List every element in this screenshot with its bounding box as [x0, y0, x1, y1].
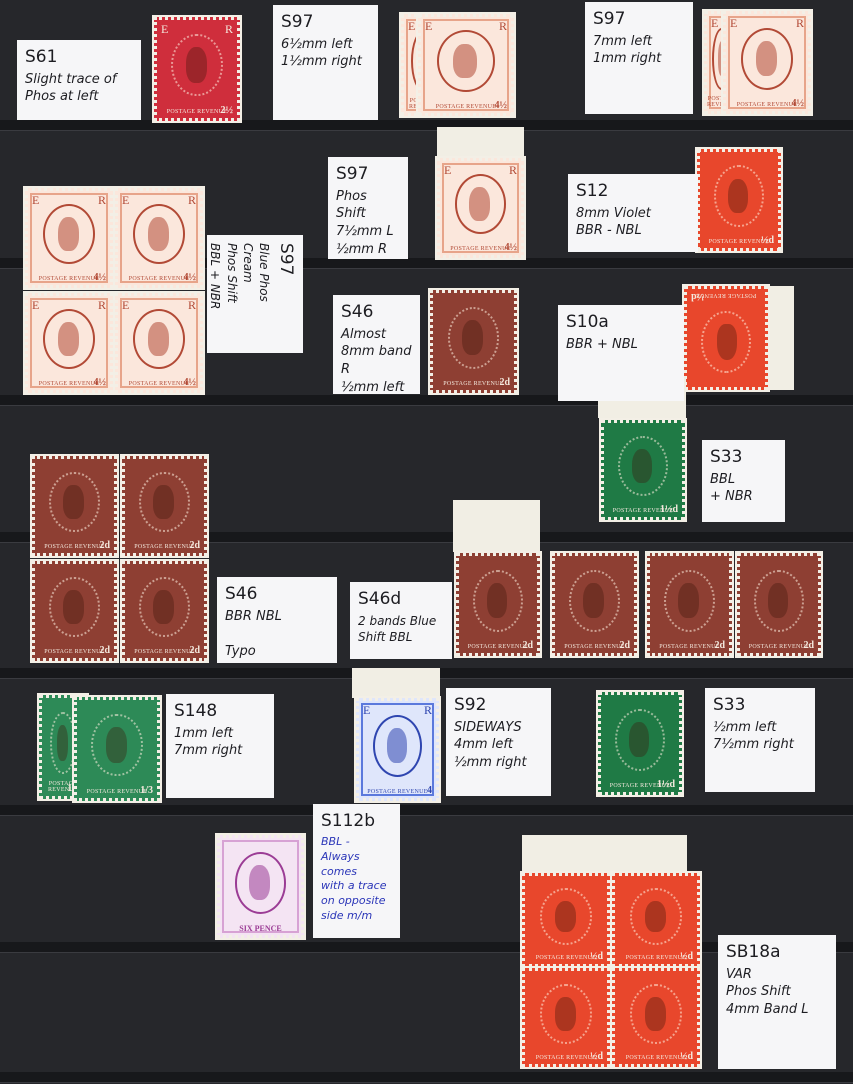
queen-portrait: [153, 485, 174, 519]
note-line: 7½mm L: [336, 223, 400, 241]
stamp: POSTAGE REVENUE2d: [122, 561, 207, 661]
queen-portrait: [555, 997, 576, 1030]
handwritten-note-s33: S33BBL+ NBR: [702, 440, 785, 522]
handwritten-note-sb18a: SB18aVARPhos Shift4mm Band L: [718, 935, 836, 1069]
handwritten-note-s97: S976½mm left1½mm right: [273, 5, 378, 120]
note-line: VAR: [726, 966, 828, 984]
stamp: POSTAGE REVENUE½d: [522, 873, 610, 967]
queen-portrait: [148, 322, 169, 356]
handwritten-note-s61: S61Slight trace ofPhos at left: [17, 40, 141, 120]
stamp: ERPOSTAGE REVENUE4½: [25, 293, 113, 393]
queen-portrait: [645, 901, 666, 933]
catalogue-number: S97: [336, 163, 400, 186]
note-line: BBL: [710, 471, 777, 489]
note-line: 1mm right: [593, 50, 685, 68]
stamp: ERPOSTAGE REVENUE4½: [25, 188, 113, 288]
note-line: 2 bands Blue: [358, 613, 444, 629]
note-line: 8mm band R: [341, 343, 412, 378]
catalogue-number: S97: [593, 8, 685, 31]
note-line: Phos Shift: [726, 983, 828, 1001]
stamp-value: ½d: [761, 235, 774, 246]
stamp-value: 1½d: [657, 779, 675, 790]
handwritten-note-s46d: S46d2 bands BlueShift BBL: [350, 582, 452, 659]
stamp: ERPOSTAGE REVENUE4: [356, 698, 439, 801]
stamp-value: 2d: [619, 640, 630, 651]
queen-portrait: [728, 179, 748, 214]
stamp-value: ½d: [680, 1051, 693, 1062]
note-line: BBR - NBL: [576, 222, 690, 240]
note-line: BBL -: [321, 835, 392, 850]
catalogue-number: S92: [454, 694, 543, 717]
handwritten-note-s148: S1481mm left7mm right: [166, 694, 274, 798]
note-line: + NBR: [710, 488, 777, 506]
sheet-margin: [453, 500, 540, 552]
stamp: ERPOSTAGE REVENUE4½: [723, 11, 811, 114]
stamp: ERPOSTAGE REVENUE4½: [115, 188, 203, 288]
catalogue-number: S97: [281, 11, 370, 34]
note-line: 1½mm right: [281, 53, 370, 71]
stamp-value: 2½: [221, 105, 234, 116]
note-line: ½mm left: [341, 379, 412, 397]
note-line: ½mm right: [454, 754, 543, 772]
stamp-value: 4½: [184, 377, 197, 388]
stamp: ERPOSTAGE REVENUE4½: [437, 158, 524, 258]
stamp-value: SIX PENCE: [220, 924, 301, 933]
catalogue-number: S46: [341, 301, 412, 324]
note-line: Blue Phos Cream: [240, 243, 272, 345]
stamp: ERPOSTAGE REVENUE4½: [418, 14, 514, 116]
queen-portrait: [63, 590, 84, 624]
note-line: Phos Shift: [336, 188, 400, 223]
queen-portrait: [186, 47, 207, 82]
stamp-value: 4½: [792, 98, 805, 109]
stock-strip: [0, 120, 853, 131]
stamp: POSTAGE REVENUE2d: [456, 553, 540, 656]
handwritten-note-s92: S92SIDEWAYS4mm left½mm right: [446, 688, 551, 796]
catalogue-number: S12: [576, 180, 690, 203]
queen-portrait: [487, 583, 507, 618]
stamp-value: ½d: [680, 951, 693, 962]
stamp-value: 4½: [505, 242, 518, 253]
stamp-value: 1½d: [660, 504, 678, 515]
sheet-margin: [352, 668, 440, 698]
note-line: Shift BBL: [358, 629, 444, 645]
stock-strip: [0, 805, 853, 816]
note-line: 8mm Violet: [576, 205, 690, 223]
note-line: 4mm left: [454, 736, 543, 754]
handwritten-note-s10a: S10aBBR + NBL: [558, 305, 684, 401]
stamp: POSTAGE REVENUE½d: [697, 149, 781, 251]
queen-portrait: [555, 901, 576, 933]
note-line: Almost: [341, 326, 412, 344]
queen-portrait: [58, 322, 79, 356]
stock-strip: [0, 395, 853, 406]
stamp-value: 4½: [94, 272, 107, 283]
queen-portrait: [768, 583, 788, 618]
stamp-value: 2d: [714, 640, 725, 651]
note-line: BBL + NBR: [207, 243, 223, 345]
stamp-value: ½d: [691, 291, 704, 302]
stamp-value: 4½: [94, 377, 107, 388]
stamp: POSTAGE REVENUE½d: [684, 286, 768, 390]
stamp: ERPOSTAGE REVENUE2½: [154, 17, 240, 121]
stamp-value: 2d: [803, 640, 814, 651]
note-line: ½mm left: [713, 719, 807, 737]
stamp: POSTAGE REVENUE2d: [32, 456, 117, 556]
handwritten-note-s112b: S112bBBL -Always comeswith a traceon opp…: [313, 804, 400, 938]
stamp: POSTAGE REVENUE½d: [612, 873, 700, 967]
queen-portrait: [148, 217, 169, 251]
queen-portrait: [249, 865, 270, 900]
note-line: side m/m: [321, 909, 392, 924]
catalogue-number: S10a: [566, 311, 676, 334]
stamp: POSTAGE REVENUE2d: [32, 561, 117, 661]
stamp-legend: POSTAGE REVENUE: [359, 789, 436, 795]
stamp: ERPOSTAGE REVENUE4½: [115, 293, 203, 393]
queen-portrait: [632, 449, 652, 483]
note-line: 1mm left: [174, 725, 266, 743]
handwritten-note-s12: S128mm VioletBBR - NBL: [568, 174, 698, 252]
handwritten-note-s97: S97Blue Phos CreamPhos ShiftBBL + NBR: [207, 235, 303, 353]
stamp-value: 2d: [189, 540, 200, 551]
handwritten-note-s46: S46BBR NBL Typo: [217, 577, 337, 663]
note-line: ½mm R: [336, 241, 400, 259]
stamp: POSTAGE REVENUE2d: [737, 553, 821, 656]
catalogue-number: S33: [713, 694, 807, 717]
stamp-value: ½d: [590, 951, 603, 962]
note-line: 6½mm left: [281, 36, 370, 54]
stamp-value: 1/3: [140, 785, 153, 796]
stamp: POSTAGE REVENUE1½d: [601, 420, 685, 520]
note-line: 4mm Band L: [726, 1001, 828, 1019]
stamp: POSTAGE REVENUE1½d: [598, 692, 682, 795]
handwritten-note-s33: S33½mm left7½mm right: [705, 688, 815, 792]
handwritten-note-s97: S977mm left1mm right: [585, 2, 693, 114]
catalogue-number: SB18a: [726, 941, 828, 964]
stamp-value: 4½: [184, 272, 197, 283]
stamp: POSTAGE REVENUE1/3: [74, 697, 160, 801]
queen-portrait: [756, 41, 777, 76]
stamp-value: 2d: [499, 377, 510, 388]
stamp: POSTAGE REVENUE½d: [612, 968, 700, 1067]
note-line: BBR + NBL: [566, 336, 676, 354]
note-line: BBR NBL: [225, 608, 329, 626]
queen-portrait: [583, 583, 604, 618]
stamp-value: 2d: [99, 645, 110, 656]
queen-portrait: [462, 320, 483, 355]
note-line: 7mm left: [593, 33, 685, 51]
queen-portrait: [453, 44, 476, 79]
queen-portrait: [57, 725, 68, 760]
queen-portrait: [387, 728, 407, 763]
queen-portrait: [645, 997, 666, 1030]
stamp-value: 2d: [522, 640, 533, 651]
queen-portrait: [629, 722, 649, 757]
stamp: POSTAGE REVENUE2d: [430, 290, 517, 393]
note-line: [225, 625, 329, 643]
stamp-value: 2d: [99, 540, 110, 551]
stamp: POSTAGE REVENUE2d: [647, 553, 732, 656]
note-line: Phos Shift: [224, 243, 240, 345]
queen-portrait: [58, 217, 79, 251]
stamp-value: 4: [427, 785, 432, 796]
stamp: POSTAGE REVENUE½d: [522, 968, 610, 1067]
stamp: POSTAGE REVENUE2d: [122, 456, 207, 556]
handwritten-note-s97: S97Phos Shift7½mm L½mm R: [328, 157, 408, 259]
sheet-margin: [437, 127, 524, 161]
note-line: 7mm right: [174, 742, 266, 760]
queen-portrait: [717, 324, 737, 359]
queen-portrait: [106, 727, 127, 762]
stamp: POSTAGE REVENUE2d: [552, 553, 637, 656]
handwritten-note-s46: S46Almost8mm band R½mm left: [333, 295, 420, 394]
note-line: with a trace: [321, 879, 392, 894]
note-line: Typo: [225, 643, 329, 661]
stock-strip: [0, 1072, 853, 1083]
note-line: Slight trace of: [25, 71, 133, 89]
catalogue-number: S61: [25, 46, 133, 69]
stamp: POSTAGE REVENUESIX PENCE: [217, 835, 304, 938]
note-line: Phos at left: [25, 88, 133, 106]
sheet-margin: [766, 286, 794, 390]
note-line: on opposite: [321, 894, 392, 909]
sheet-margin: [522, 835, 687, 875]
catalogue-number: S148: [174, 700, 266, 723]
queen-portrait: [678, 583, 699, 618]
note-line: Always comes: [321, 850, 392, 880]
stamp-value: ½d: [590, 1051, 603, 1062]
stamp-value: 4½: [495, 100, 508, 111]
note-line: SIDEWAYS: [454, 719, 543, 737]
queen-portrait: [153, 590, 174, 624]
queen-portrait: [469, 187, 490, 221]
catalogue-number: S112b: [321, 810, 392, 833]
queen-portrait: [63, 485, 84, 519]
catalogue-number: S46: [225, 583, 329, 606]
catalogue-number: S97: [274, 243, 297, 345]
note-line: 7½mm right: [713, 736, 807, 754]
catalogue-number: S33: [710, 446, 777, 469]
stamp-value: 2d: [189, 645, 200, 656]
catalogue-number: S46d: [358, 588, 444, 611]
